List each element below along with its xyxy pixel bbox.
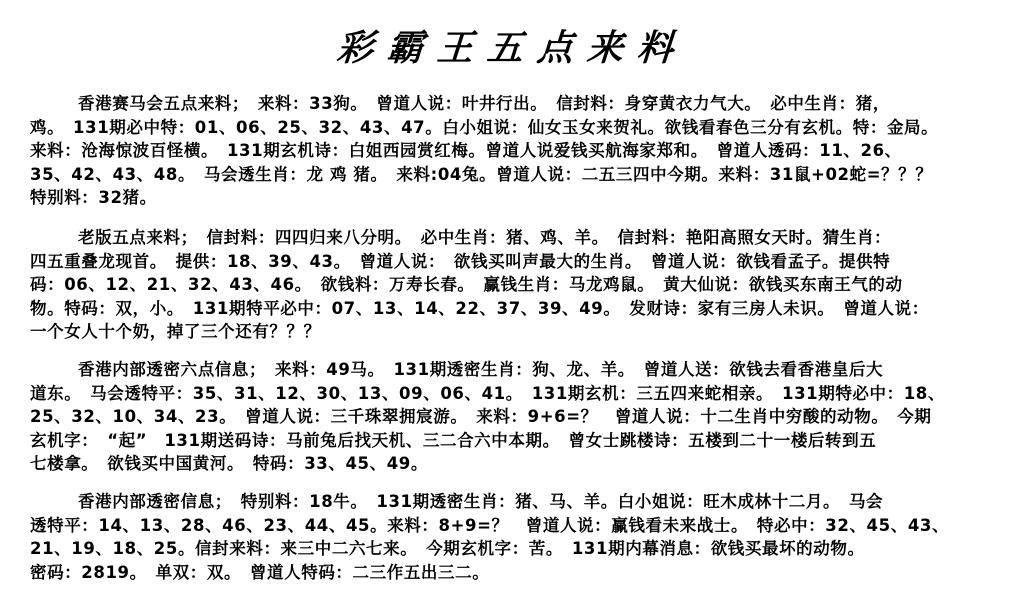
section-old-edition-five-points: 老版五点来料； 信封料：四四归来八分明。 必中生肖：猪、鸡、羊。 信封料：艳阳高… xyxy=(30,226,1010,344)
text-line: 透特平：14、13、28、46、23、44、45。来料：8+9=？ 曾道人说：赢… xyxy=(30,514,1010,538)
text-line: 七楼拿。 欲钱买中国黄河。 特码：33、45、49。 xyxy=(30,452,1010,476)
text-line: 码：06、12、21、32、43、46。 欲钱料：万寿长春。 赢钱生肖：马龙鸡鼠… xyxy=(30,273,1010,297)
text-line: 玄机字： “起” 131期送码诗：马前兔后找天机、三二合六中本期。 曾女士跳楼诗… xyxy=(30,429,1010,453)
text-line: 香港赛马会五点来料； 来料：33狗。 曾道人说：叶井行出。 信封料：身穿黄衣力气… xyxy=(30,92,1010,116)
text-line: 25、32、10、34、23。 曾道人说：三千珠翠拥宸游。 来料：9+6=？ 曾… xyxy=(30,405,1010,429)
text-line: 老版五点来料； 信封料：四四归来八分明。 必中生肖：猪、鸡、羊。 信封料：艳阳高… xyxy=(30,226,1010,250)
text-line: 35、42、43、48。 马会透生肖：龙 鸡 猪。 来料:04兔。曾道人说：二五… xyxy=(30,163,1010,187)
section-hk-jockey-five-points: 香港赛马会五点来料； 来料：33狗。 曾道人说：叶井行出。 信封料：身穿黄衣力气… xyxy=(30,92,1010,210)
text-line: 道东。 马会透特平：35、31、12、30、13、09、06、41。 131期玄… xyxy=(30,382,1010,406)
page-title: 彩霸王五点来料 xyxy=(0,26,1024,70)
text-line: 香港内部透密信息； 特别料：18牛。 131期透密生肖：猪、马、羊。白小姐说：旺… xyxy=(30,490,1010,514)
text-line: 特别料：32猪。 xyxy=(30,186,1010,210)
section-hk-insider-six-points: 香港内部透密六点信息； 来料：49马。 131期透密生肖：狗、龙、羊。 曾道人送… xyxy=(30,358,1010,476)
text-line: 来料：沧海惊波百怪横。 131期玄机诗：白姐西园赏红梅。曾道人说爱钱买航海家郑和… xyxy=(30,139,1010,163)
text-line: 一个女人十个奶，掉了三个还有？？？ xyxy=(30,320,1010,344)
text-line: 密码：2819。 单双：双。 曾道人特码：二三作五出三二。 xyxy=(30,561,1010,585)
text-line: 21、19、18、25。信封来料：来三中二六七来。 今期玄机字：苦。 131期内… xyxy=(30,537,1010,561)
text-line: 香港内部透密六点信息； 来料：49马。 131期透密生肖：狗、龙、羊。 曾道人送… xyxy=(30,358,1010,382)
text-line: 鸡。 131期必中特：01、06、25、32、43、47。白小姐说：仙女玉女来贺… xyxy=(30,116,1010,140)
text-line: 物。特码：双，小。 131期特平必中：07、13、14、22、37、39、49。… xyxy=(30,297,1010,321)
text-line: 四五重叠龙现首。 提供：18、39、43。 曾道人说： 欲钱买叫声最大的生肖。 … xyxy=(30,250,1010,274)
section-hk-insider-info: 香港内部透密信息； 特别料：18牛。 131期透密生肖：猪、马、羊。白小姐说：旺… xyxy=(30,490,1010,584)
